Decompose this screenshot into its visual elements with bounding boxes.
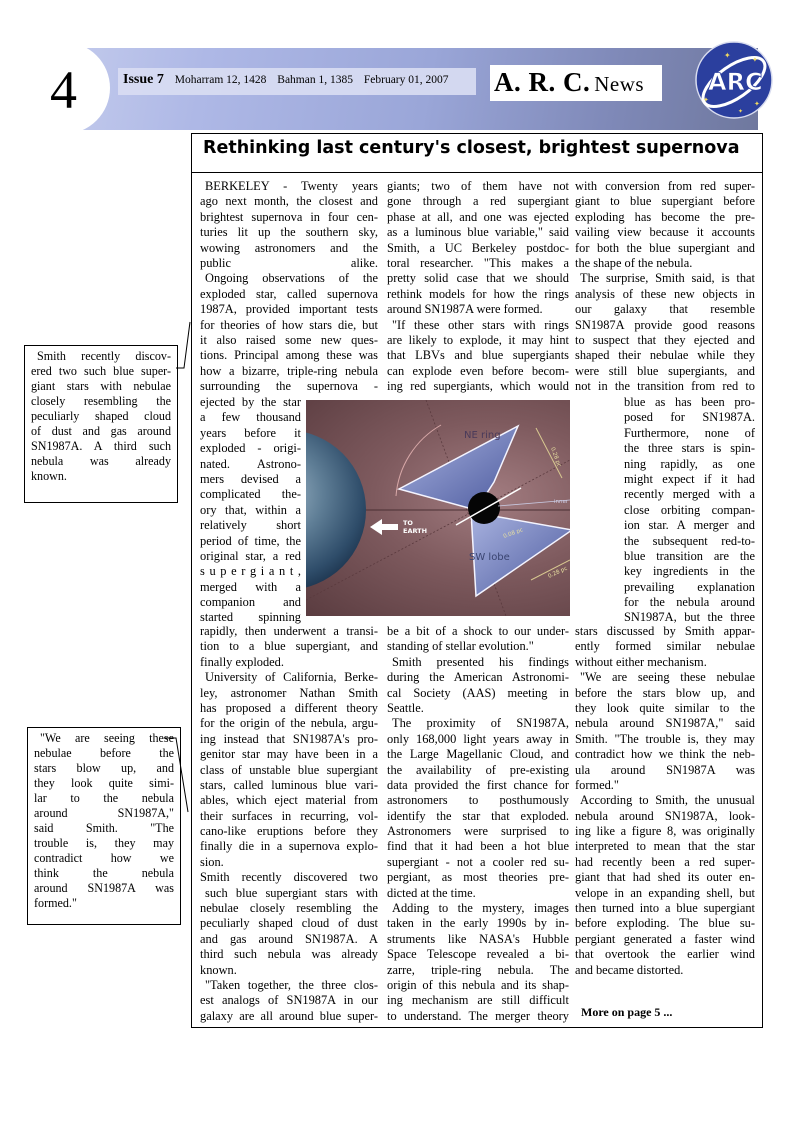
text-line: Space Telescope revealed a bi- bbox=[387, 947, 569, 962]
hijri-date: Moharram 12, 1428 bbox=[175, 74, 267, 86]
text-line: Astronomers were surprised to bbox=[387, 824, 569, 839]
text-line: it also raised some new ques- bbox=[200, 333, 378, 348]
text-line: ion star. A merger and bbox=[624, 518, 755, 533]
text-line: original star, a red bbox=[200, 549, 301, 564]
persian-date: Bahman 1, 1385 bbox=[277, 74, 353, 86]
text-line: ing instead that SN1987A's pro- bbox=[200, 732, 378, 747]
text-line: around SN1987A," bbox=[34, 806, 174, 821]
text-line: nated. Astrono- bbox=[200, 457, 301, 472]
text-line: vailing view because it accounts bbox=[575, 225, 755, 240]
text-line: exploded - origi- bbox=[200, 441, 301, 456]
text-line: shaped their nebulae while they bbox=[575, 348, 755, 363]
text-line: with conversion from red super- bbox=[575, 179, 755, 194]
text-line: as a luminous blue variable," said bbox=[387, 225, 569, 240]
text-line: Seattle. bbox=[387, 701, 569, 716]
column-1-wrap: ejected by the stara few thousandyears b… bbox=[200, 395, 301, 626]
text-line: period of time, the bbox=[200, 534, 301, 549]
text-line: velope in an expanding shell, but bbox=[575, 886, 755, 901]
text-line: tions. Principal among these was bbox=[200, 348, 378, 363]
text-line: nebulae closely resembling the bbox=[200, 901, 378, 916]
text-line: nebula around SN1987A," said bbox=[575, 716, 755, 731]
text-line: the availability of pre-existing bbox=[387, 763, 569, 778]
text-line: origin of this nebula and its shap- bbox=[387, 978, 569, 993]
text-line: before the stars blow up, and bbox=[575, 686, 755, 701]
inner-ring-label: inner ring bbox=[554, 499, 570, 505]
text-line: ently formed similar nebulae bbox=[575, 639, 755, 654]
text-line: surrounding the supernova - bbox=[200, 379, 378, 394]
text-line: phase at all, and one was ejected bbox=[387, 210, 569, 225]
text-line: "If these other stars with rings bbox=[387, 318, 569, 333]
text-line: data provided the first chance for bbox=[387, 778, 569, 793]
text-line: be a bit of a shock to our under- bbox=[387, 624, 569, 639]
text-line: think the nebula bbox=[34, 866, 174, 881]
text-line: giant that had shed its outer en- bbox=[575, 870, 755, 885]
text-line: rapidly, then underwent a transi- bbox=[200, 624, 378, 639]
text-line: identify the star that exploded. bbox=[387, 809, 569, 824]
text-line: merged with a bbox=[200, 580, 301, 595]
text-line: their surfaces in recurring, vol- bbox=[200, 809, 378, 824]
text-line: they look quite similar to the bbox=[575, 701, 755, 716]
text-line: the Large Magellanic Cloud, and bbox=[387, 747, 569, 762]
text-line: and gas around SN1987A. A bbox=[200, 932, 378, 947]
text-line: they look quite simi- bbox=[34, 776, 174, 791]
text-line: est analogs of SN1987A in our bbox=[200, 993, 378, 1008]
text-line: giants; two of them have not bbox=[387, 179, 569, 194]
text-line: third such nebula was already bbox=[200, 947, 378, 962]
text-line: find that it had been a hot blue bbox=[387, 839, 569, 854]
text-line: taken in the early 1990s by in- bbox=[387, 916, 569, 931]
sn1987a-diagram: TO EARTH NE ring SW lobe inner ring 0.08… bbox=[306, 400, 570, 616]
column-3-bottom: stars discussed by Smith appar-ently for… bbox=[575, 624, 755, 978]
text-line: finally exploded. bbox=[200, 655, 378, 670]
text-line: lar to the nebula bbox=[34, 791, 174, 806]
text-line: The proximity of SN1987A, bbox=[387, 716, 569, 731]
text-line: contradict how we think the neb- bbox=[575, 747, 755, 762]
text-line: trouble is, they may bbox=[34, 836, 174, 851]
text-line: only 168,000 light years away in bbox=[387, 732, 569, 747]
page-number: 4 bbox=[50, 60, 77, 120]
text-line: astronomers to posthumously bbox=[387, 793, 569, 808]
svg-text:✦: ✦ bbox=[724, 51, 731, 60]
text-line: supergiant - not a cooler red su- bbox=[387, 855, 569, 870]
text-line: such blue supergiant stars with bbox=[200, 886, 378, 901]
text-line: zarre, triple-ring nebula. The bbox=[387, 963, 569, 978]
brand-title: A. R. C.News bbox=[494, 67, 644, 98]
to-earth-label-2: EARTH bbox=[403, 527, 427, 535]
text-line: Smith, a UC Berkeley postdoc- bbox=[387, 241, 569, 256]
issue-label: Issue 7 bbox=[123, 72, 164, 87]
column-3-wrap: blue as has been pro-posed for SN1987A.F… bbox=[624, 395, 755, 626]
text-line: around SN1987A was bbox=[34, 881, 174, 896]
text-line: formed." bbox=[34, 896, 174, 911]
text-line: BERKELEY - Twenty years bbox=[200, 179, 378, 194]
text-line: that overtook the earlier wind bbox=[575, 947, 755, 962]
text-line: galaxy are all around blue super- bbox=[200, 1009, 378, 1024]
text-line: ing like a figure 8, was originally bbox=[575, 824, 755, 839]
text-line: can explode even before becom- bbox=[387, 364, 569, 379]
text-line: for both the blue supergiant and bbox=[575, 241, 755, 256]
text-line: are likely to explode, it may hint bbox=[387, 333, 569, 348]
text-line: a few thousand bbox=[200, 410, 301, 425]
text-line: nebula was already bbox=[31, 454, 171, 469]
text-line: during the American Astronomi- bbox=[387, 670, 569, 685]
text-line: Smith recently discovered two bbox=[200, 870, 378, 885]
text-line: giant to blue supergiant before bbox=[575, 194, 755, 209]
text-line: ula around SN1987A was bbox=[575, 763, 755, 778]
text-line: ing red supergiants, which would bbox=[387, 379, 569, 394]
column-2-bottom: be a bit of a shock to our under-standin… bbox=[387, 624, 569, 1024]
gregorian-date: February 01, 2007 bbox=[364, 74, 449, 86]
text-line: companion and bbox=[200, 595, 301, 610]
text-line: According to Smith, the unusual bbox=[575, 793, 755, 808]
text-line: to understand. The merger theory bbox=[387, 1009, 569, 1024]
text-line: the subsequent red-to- bbox=[624, 534, 755, 549]
text-line: pretty solid case that we should bbox=[387, 271, 569, 286]
text-line: public alike. bbox=[200, 256, 378, 271]
text-line: closely resembling the bbox=[31, 394, 171, 409]
text-line: nebulae before the bbox=[34, 746, 174, 761]
text-line: close orbiting compan- bbox=[624, 503, 755, 518]
text-line: analysis of these new objects in bbox=[575, 287, 755, 302]
headline-divider bbox=[191, 172, 763, 173]
text-line: Smith. "The trouble is, they may bbox=[575, 732, 755, 747]
to-earth-label-1: TO bbox=[403, 519, 413, 527]
text-line: years before it bbox=[200, 426, 301, 441]
pull-quote-1-leader bbox=[170, 320, 195, 375]
text-line: for the nebula around bbox=[624, 595, 755, 610]
text-line: key ingredients in the bbox=[624, 564, 755, 579]
svg-text:✦: ✦ bbox=[754, 100, 760, 108]
text-line: mers devised a bbox=[200, 472, 301, 487]
text-line: pergiant, as most theories pre- bbox=[387, 870, 569, 885]
text-line: Smith presented his findings bbox=[387, 655, 569, 670]
text-line: sion. bbox=[200, 855, 378, 870]
svg-text:✦: ✦ bbox=[703, 96, 709, 104]
text-line: the shape of the nebula. bbox=[575, 256, 755, 271]
issue-info: Issue 7 Moharram 12, 1428 Bahman 1, 1385… bbox=[123, 72, 449, 88]
text-line: class of unstable blue supergiant bbox=[200, 763, 378, 778]
pull-quote-2-leader bbox=[162, 730, 192, 815]
text-line: recently merged with a bbox=[624, 487, 755, 502]
text-line: to suspect that they ejected and bbox=[575, 333, 755, 348]
text-line: stars blow up, and bbox=[34, 761, 174, 776]
text-line: toral researcher. "This makes a bbox=[387, 256, 569, 271]
nebula-diagram-icon: TO EARTH NE ring SW lobe inner ring 0.08… bbox=[306, 400, 570, 616]
text-line: rethink models for how the rings bbox=[387, 287, 569, 302]
text-line: around SN1987A were formed. bbox=[387, 302, 569, 317]
text-line: 1987A, provided important tests bbox=[200, 302, 378, 317]
text-line: dicted at the time. bbox=[387, 886, 569, 901]
text-line: gone through a red supergiant bbox=[387, 194, 569, 209]
text-line: then turned into a blue supergiant bbox=[575, 901, 755, 916]
text-line: wowing astronomers and the bbox=[200, 241, 378, 256]
text-line: known. bbox=[200, 963, 378, 978]
svg-text:✦: ✦ bbox=[752, 56, 758, 64]
text-line: without either mechanism. bbox=[575, 655, 755, 670]
text-line: ago next month, the closest and bbox=[200, 194, 378, 209]
text-line: peculiarly shaped cloud of dust bbox=[200, 916, 378, 931]
continued-link[interactable]: More on page 5 ... bbox=[581, 1005, 672, 1020]
text-line: blue transition are the bbox=[624, 549, 755, 564]
text-line: exploded star, called supernova bbox=[200, 287, 378, 302]
pull-quote-1: Smith recently discov-ered two such blue… bbox=[24, 345, 178, 503]
text-line: interpreted to mean that the star bbox=[575, 839, 755, 854]
text-line: tion to a blue supergiant, and bbox=[200, 639, 378, 654]
text-line: ing mechanism are still difficult bbox=[387, 993, 569, 1008]
text-line: stars discussed by Smith appar- bbox=[575, 624, 755, 639]
column-1-top: BERKELEY - Twenty yearsago next month, t… bbox=[200, 179, 378, 394]
column-1-bottom: rapidly, then underwent a transi-tion to… bbox=[200, 624, 378, 1024]
text-line: Smith recently discov- bbox=[31, 349, 171, 364]
text-line: "We are seeing these nebulae bbox=[575, 670, 755, 685]
text-line: Adding to the mystery, images bbox=[387, 901, 569, 916]
text-line: The surprise, Smith said, is that bbox=[575, 271, 755, 286]
text-line: might expect if it had bbox=[624, 472, 755, 487]
text-line: ley, astronomer Nathan Smith bbox=[200, 686, 378, 701]
text-line: SN1987A provide good reasons bbox=[575, 318, 755, 333]
text-line: "We are seeing these bbox=[34, 731, 174, 746]
text-line: genitor star may have been in a bbox=[200, 747, 378, 762]
text-line: and became distorted. bbox=[575, 963, 755, 978]
text-line: pergiant generated a faster wind bbox=[575, 932, 755, 947]
text-line: struments like NASA's Hubble bbox=[387, 932, 569, 947]
text-line: for the origin of the nebula, argu- bbox=[200, 716, 378, 731]
dim-label-bottom: 0.28 pc bbox=[547, 566, 568, 580]
svg-text:ARC: ARC bbox=[708, 68, 763, 96]
text-line: that LBVs and blue supergiants bbox=[387, 348, 569, 363]
text-line: cal Society (AAS) meeting in bbox=[387, 686, 569, 701]
text-line: brightest supernova in four cen- bbox=[200, 210, 378, 225]
sw-lobe-label: SW lobe bbox=[469, 552, 510, 563]
text-line: prevailing explanation bbox=[624, 580, 755, 595]
text-line: cano-like eruptions before they bbox=[200, 824, 378, 839]
text-line: said Smith. "The bbox=[34, 821, 174, 836]
text-line: Furthermore, none of bbox=[624, 426, 755, 441]
text-line: exploding has become the pre- bbox=[575, 210, 755, 225]
text-line: formed." bbox=[575, 778, 755, 793]
text-line: our galaxy that resemble bbox=[575, 302, 755, 317]
text-line: for theories of how stars die, but bbox=[200, 318, 378, 333]
article-headline: Rethinking last century's closest, brigh… bbox=[203, 138, 740, 158]
text-line: before exploding. The blue su- bbox=[575, 916, 755, 931]
text-line: s u p e r g i a n t , bbox=[200, 564, 301, 579]
text-line: finally die in a supernova explo- bbox=[200, 839, 378, 854]
text-line: not in the transition from red to bbox=[575, 379, 755, 394]
text-line: "Taken together, the three clos- bbox=[200, 978, 378, 993]
text-line: ejected by the star bbox=[200, 395, 301, 410]
column-3-top: with conversion from red super-giant to … bbox=[575, 179, 755, 394]
text-line: has proposed a different theory bbox=[200, 701, 378, 716]
text-line: how a bizarre, triple-ring nebula bbox=[200, 364, 378, 379]
text-line: had recently been a red super- bbox=[575, 855, 755, 870]
text-line: relatively short bbox=[200, 518, 301, 533]
text-line: University of California, Berke- bbox=[200, 670, 378, 685]
text-line: giant stars with nebulae bbox=[31, 379, 171, 394]
text-line: the three stars is spin- bbox=[624, 441, 755, 456]
text-line: complicated the- bbox=[200, 487, 301, 502]
text-line: SN1987A. A third such bbox=[31, 439, 171, 454]
text-line: ning rapidly, as one bbox=[624, 457, 755, 472]
text-line: nebula around SN1987A, look- bbox=[575, 809, 755, 824]
text-line: stars, called luminous blue vari- bbox=[200, 778, 378, 793]
text-line: blue as has been pro- bbox=[624, 395, 755, 410]
text-line: ables, which eject material from bbox=[200, 793, 378, 808]
arc-logo-icon: ARC ✦ ✦ ✦ ✦ ✦ bbox=[694, 40, 774, 120]
text-line: of dust and gas around bbox=[31, 424, 171, 439]
text-line: peculiarly shaped cloud bbox=[31, 409, 171, 424]
text-line: standing of stellar evolution." bbox=[387, 639, 569, 654]
ne-ring-label: NE ring bbox=[464, 430, 501, 441]
svg-text:✦: ✦ bbox=[738, 108, 743, 115]
text-line: were still blue supergiants, and bbox=[575, 364, 755, 379]
text-line: posed for SN1987A. bbox=[624, 410, 755, 425]
text-line: contradict how we bbox=[34, 851, 174, 866]
text-line: turies lit up the southern sky, bbox=[200, 225, 378, 240]
brand-name: A. R. C. bbox=[494, 67, 590, 97]
text-line: known. bbox=[31, 469, 171, 484]
text-line: ered two such blue super- bbox=[31, 364, 171, 379]
brand-suffix: News bbox=[594, 72, 644, 96]
pull-quote-2: "We are seeing thesenebulae before thest… bbox=[27, 727, 181, 925]
text-line: Ongoing observations of the bbox=[200, 271, 378, 286]
column-2-top: giants; two of them have notgone through… bbox=[387, 179, 569, 394]
text-line: ory that, within a bbox=[200, 503, 301, 518]
